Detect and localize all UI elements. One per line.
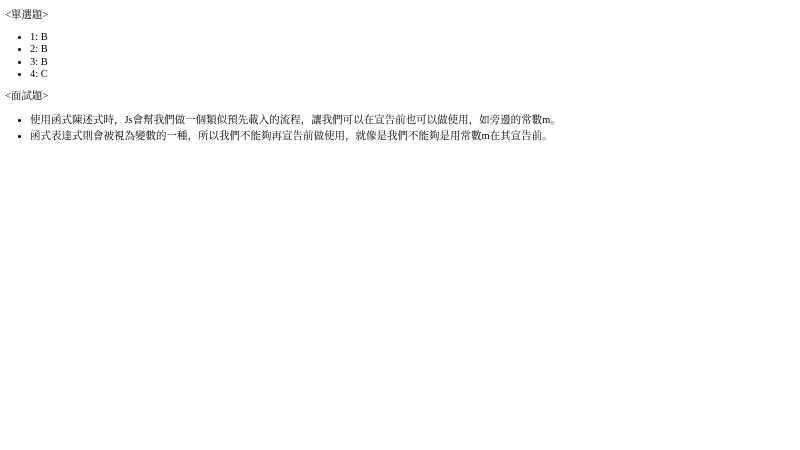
section-heading-interview: <面試題> [5,91,795,103]
section-heading-single-choice: <單選題> [5,10,795,22]
answer-item: 1: B [30,32,795,44]
answer-list: 1: B 2: B 3: B 4: C [5,32,795,81]
answer-item: 3: B [30,57,795,69]
note-item: 使用函式陳述式時，Js會幫我們做一個類似預先載入的流程，讓我們可以在宣告前也可以… [30,113,795,129]
note-list: 使用函式陳述式時，Js會幫我們做一個類似預先載入的流程，讓我們可以在宣告前也可以… [5,113,795,144]
answer-item: 2: B [30,44,795,56]
document-page: { "page": { "background_color": "#ffffff… [0,0,800,450]
answer-item: 4: C [30,69,795,81]
note-item: 函式表達式則會被視為變數的一種，所以我們不能夠再宣告前做使用，就像是我們不能夠是… [30,129,795,145]
